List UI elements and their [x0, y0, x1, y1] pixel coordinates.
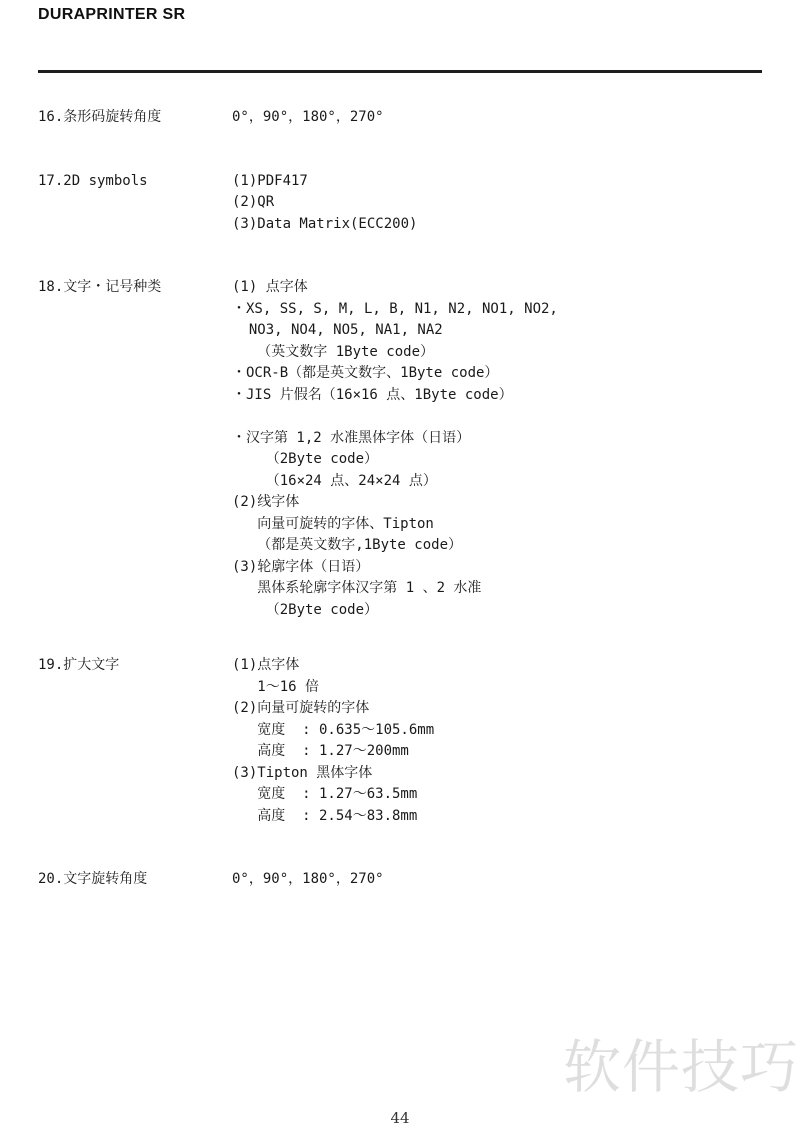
spec-item: 17.2D symbols (1)PDF417(2)QR(3)Data Matr…	[38, 171, 783, 236]
spec-item: 16.条形码旋转角度 0°，90°，180°，270°	[38, 107, 783, 129]
spec-line: NO3, NO4, NO5, NA1, NA2	[232, 320, 783, 342]
spec-line: 向量可旋转的字体、Tipton	[232, 514, 783, 536]
spec-item-label: 20.文字旋转角度	[38, 869, 232, 891]
header-divider-rule	[38, 70, 762, 73]
spec-item-value: 0°，90°，180°，270°	[232, 107, 783, 129]
watermark-text: 软件技巧	[563, 1036, 799, 1100]
document-page: DURAPRINTER SR 16.条形码旋转角度 0°，90°，180°，27…	[0, 0, 800, 1132]
page-number: 44	[0, 1109, 800, 1127]
spec-line: ・JIS 片假名（16×16 点、1Byte code）	[232, 385, 783, 407]
spec-line: (2)线字体	[232, 492, 783, 514]
spec-line: （2Byte code）	[232, 449, 783, 471]
spec-line	[232, 406, 783, 428]
spec-item-label: 19.扩大文字	[38, 655, 232, 677]
spec-line: (1) 点字体	[232, 277, 783, 299]
spec-line: 宽度 : 0.635～105.6mm	[232, 720, 783, 742]
spec-item-value: (1) 点字体・XS, SS, S, M, L, B, N1, N2, NO1,…	[232, 277, 783, 621]
spec-line: 高度 : 1.27～200mm	[232, 741, 783, 763]
spec-line: (3)Tipton 黑体字体	[232, 763, 783, 785]
spec-line: ・汉字第 1,2 水准黑体字体（日语）	[232, 428, 783, 450]
spec-line: (1)点字体	[232, 655, 783, 677]
spec-line: 黑体系轮廓字体汉字第 1 、2 水准	[232, 578, 783, 600]
spec-line: (2)QR	[232, 192, 783, 214]
spec-line: (1)PDF417	[232, 171, 783, 193]
spec-line: (3)轮廓字体（日语）	[232, 557, 783, 579]
spec-item: 18.文字・记号种类 (1) 点字体・XS, SS, S, M, L, B, N…	[38, 277, 783, 621]
spec-line: ・XS, SS, S, M, L, B, N1, N2, NO1, NO2,	[232, 299, 783, 321]
spec-item: 20.文字旋转角度 0°，90°，180°，270°	[38, 869, 783, 891]
spec-line: 0°，90°，180°，270°	[232, 869, 783, 891]
spec-line: （16×24 点、24×24 点）	[232, 471, 783, 493]
document-title: DURAPRINTER SR	[38, 6, 185, 24]
spec-line: 0°，90°，180°，270°	[232, 107, 783, 129]
spec-item-value: 0°，90°，180°，270°	[232, 869, 783, 891]
spec-line: 1～16 倍	[232, 677, 783, 699]
spec-line: ・OCR-B（都是英文数字、1Byte code）	[232, 363, 783, 385]
spec-item-label: 17.2D symbols	[38, 171, 232, 193]
spec-item-value: (1)点字体 1～16 倍(2)向量可旋转的字体 宽度 : 0.635～105.…	[232, 655, 783, 827]
spec-list: 16.条形码旋转角度 0°，90°，180°，270° 17.2D symbol…	[38, 107, 783, 933]
spec-item-value: (1)PDF417(2)QR(3)Data Matrix(ECC200)	[232, 171, 783, 236]
spec-item: 19.扩大文字 (1)点字体 1～16 倍(2)向量可旋转的字体 宽度 : 0.…	[38, 655, 783, 827]
spec-line: （英文数字 1Byte code）	[232, 342, 783, 364]
spec-line: 宽度 : 1.27～63.5mm	[232, 784, 783, 806]
spec-item-label: 16.条形码旋转角度	[38, 107, 232, 129]
spec-line: 高度 : 2.54～83.8mm	[232, 806, 783, 828]
spec-line: （都是英文数字,1Byte code）	[232, 535, 783, 557]
spec-line: (3)Data Matrix(ECC200)	[232, 214, 783, 236]
spec-item-label: 18.文字・记号种类	[38, 277, 232, 299]
spec-line: (2)向量可旋转的字体	[232, 698, 783, 720]
spec-line: （2Byte code）	[232, 600, 783, 622]
